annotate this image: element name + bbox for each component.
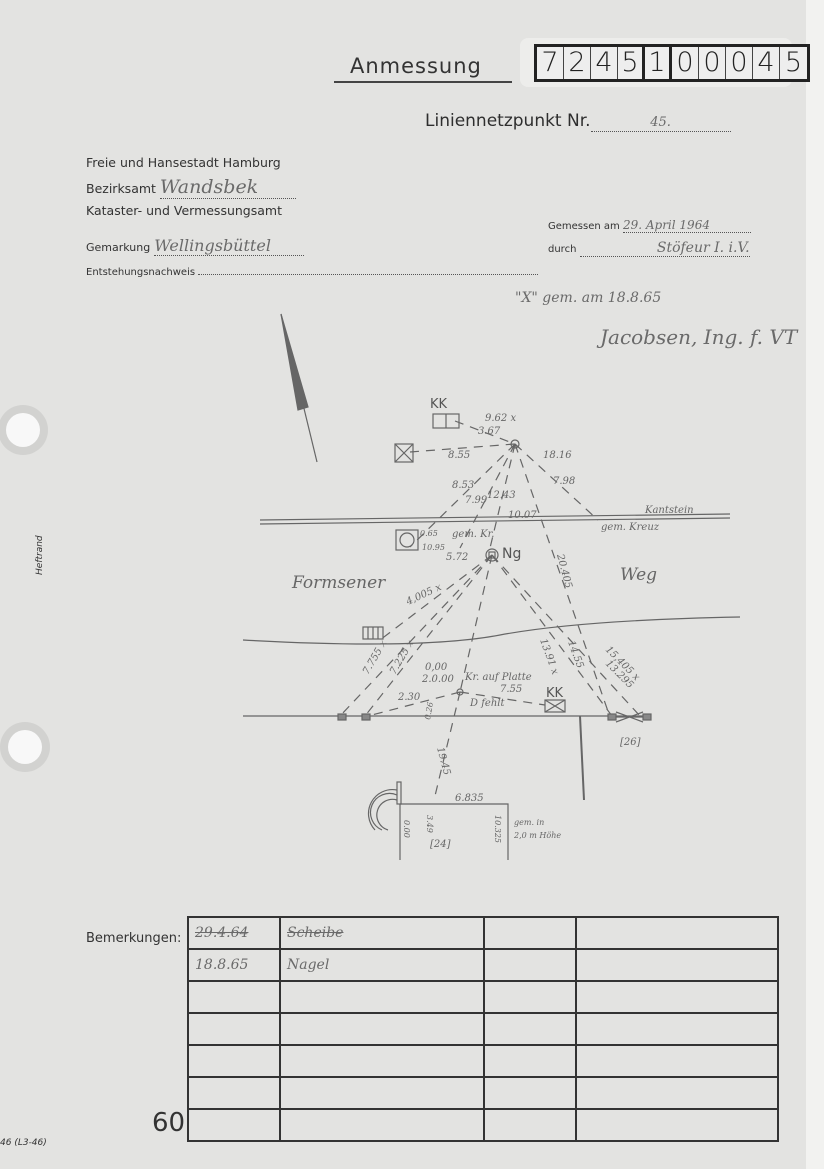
remarks-cell-text: Nagel bbox=[280, 949, 484, 981]
svg-text:7.55: 7.55 bbox=[500, 684, 522, 695]
sk-kk-top: KK bbox=[430, 397, 448, 412]
svg-text:8.55: 8.55 bbox=[448, 450, 470, 461]
svg-text:20.405: 20.405 bbox=[554, 552, 574, 590]
remarks-row bbox=[188, 981, 778, 1013]
sk-street-left: Formsener bbox=[291, 573, 386, 593]
svg-text:[24]: [24] bbox=[430, 839, 451, 850]
remarks-cell-text bbox=[280, 1013, 484, 1045]
svg-text:0.26: 0.26 bbox=[423, 701, 435, 720]
remarks-cell-c3 bbox=[484, 1077, 576, 1109]
remarks-cell-c3 bbox=[484, 917, 576, 949]
remarks-cell-c4 bbox=[576, 949, 778, 981]
svg-text:6.835: 6.835 bbox=[455, 793, 484, 804]
svg-text:8.53: 8.53 bbox=[452, 480, 474, 491]
remarks-cell-c3 bbox=[484, 1013, 576, 1045]
remarks-cell-c4 bbox=[576, 1013, 778, 1045]
remarks-cell-text: Scheibe bbox=[280, 917, 484, 949]
svg-text:13.91 x: 13.91 x bbox=[537, 637, 560, 676]
svg-text:[26]: [26] bbox=[620, 737, 641, 748]
remarks-cell-c4 bbox=[576, 1077, 778, 1109]
svg-text:2,0 m Höhe: 2,0 m Höhe bbox=[513, 831, 561, 840]
form-code: 46 (L3-46) bbox=[0, 1138, 47, 1148]
remarks-cell-c3 bbox=[484, 1045, 576, 1077]
remarks-cell-c4 bbox=[576, 1045, 778, 1077]
svg-text:19.45: 19.45 bbox=[434, 746, 452, 777]
svg-text:0.65: 0.65 bbox=[420, 529, 438, 538]
remarks-cell-c3 bbox=[484, 981, 576, 1013]
svg-text:10.95: 10.95 bbox=[422, 543, 445, 552]
svg-text:3.49: 3.49 bbox=[425, 815, 434, 833]
remarks-cell-text bbox=[280, 1077, 484, 1109]
svg-text:D fehlt: D fehlt bbox=[469, 698, 505, 709]
remarks-table: 29.4.64Scheibe18.8.65Nagel bbox=[187, 916, 779, 1142]
svg-text:18.16: 18.16 bbox=[543, 450, 572, 461]
remarks-cell-c3 bbox=[484, 1109, 576, 1141]
sk-street-right: Weg bbox=[620, 565, 657, 585]
page-number: 60 bbox=[152, 1108, 185, 1138]
svg-text:gem. in: gem. in bbox=[514, 818, 544, 827]
svg-text:0.00: 0.00 bbox=[402, 820, 411, 838]
svg-text:14.55: 14.55 bbox=[565, 639, 585, 670]
svg-text:gem. Kreuz: gem. Kreuz bbox=[601, 522, 660, 533]
svg-text:9.62 x: 9.62 x bbox=[485, 413, 516, 424]
remarks-cell-c4 bbox=[576, 981, 778, 1013]
svg-text:0,00: 0,00 bbox=[425, 662, 448, 673]
remarks-cell-c3 bbox=[484, 949, 576, 981]
svg-text:7.98: 7.98 bbox=[553, 476, 575, 487]
remarks-row: 29.4.64Scheibe bbox=[188, 917, 778, 949]
remarks-cell-date bbox=[188, 1109, 280, 1141]
svg-text:Kr. auf Platte: Kr. auf Platte bbox=[464, 672, 532, 683]
svg-text:Kantstein: Kantstein bbox=[644, 505, 694, 516]
svg-text:12.43: 12.43 bbox=[487, 490, 516, 501]
svg-text:2.30: 2.30 bbox=[397, 692, 421, 703]
remarks-cell-date: 18.8.65 bbox=[188, 949, 280, 981]
remarks-cell-text bbox=[280, 981, 484, 1013]
remarks-row bbox=[188, 1045, 778, 1077]
remarks-cell-date bbox=[188, 1077, 280, 1109]
remarks-cell-date bbox=[188, 1013, 280, 1045]
sk-ng: Ng bbox=[502, 546, 521, 562]
remarks-cell-c4 bbox=[576, 1109, 778, 1141]
svg-text:2.0.00: 2.0.00 bbox=[421, 674, 454, 685]
remarks-cell-c4 bbox=[576, 917, 778, 949]
svg-text:3.67: 3.67 bbox=[478, 426, 501, 437]
remarks-label: Bemerkungen: bbox=[86, 931, 181, 946]
sk-kk-bottom: KK bbox=[546, 686, 564, 701]
svg-text:gem. Kr.: gem. Kr. bbox=[452, 529, 495, 540]
remarks-row bbox=[188, 1109, 778, 1141]
remarks-cell-date bbox=[188, 1045, 280, 1077]
remarks-row: 18.8.65Nagel bbox=[188, 949, 778, 981]
remarks-cell-text bbox=[280, 1109, 484, 1141]
svg-text:5.72: 5.72 bbox=[446, 552, 468, 563]
remarks-cell-text bbox=[280, 1045, 484, 1077]
svg-text:10.07: 10.07 bbox=[508, 510, 537, 521]
svg-text:10.325: 10.325 bbox=[493, 815, 502, 843]
remarks-cell-date: 29.4.64 bbox=[188, 917, 280, 949]
remarks-row bbox=[188, 1077, 778, 1109]
remarks-cell-date bbox=[188, 981, 280, 1013]
remarks-row bbox=[188, 1013, 778, 1045]
svg-text:4,005 x: 4,005 x bbox=[404, 582, 444, 608]
svg-text:7.99: 7.99 bbox=[465, 495, 488, 506]
